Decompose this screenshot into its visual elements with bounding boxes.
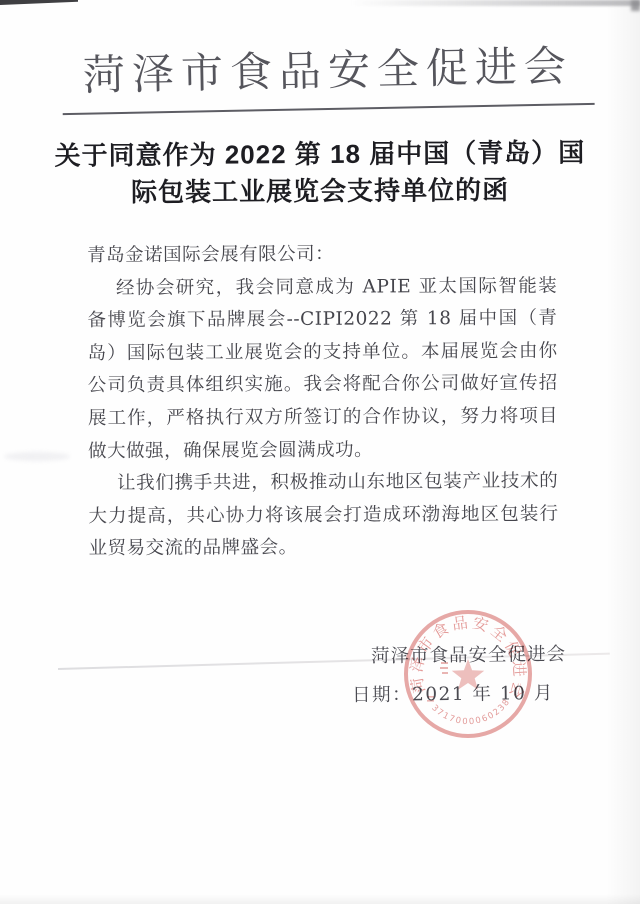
- letterhead: 菏泽市食品安全促进会: [61, 33, 594, 115]
- star-icon: [452, 659, 484, 690]
- paragraph-1: 经协会研究，我会同意成为 APIE 亚太国际智能装备博览会旗下品牌展会--CIP…: [87, 270, 558, 468]
- scan-edge-shade-right: [606, 0, 640, 904]
- scanned-letter-page: 菏泽市食品安全促进会 关于同意作为 2022 第 18 届中国（青岛）国 际包装…: [0, 0, 640, 904]
- scan-artifact-top-right-streak: [350, 0, 640, 6]
- seal-serial-textpath: 3717000060238: [429, 697, 513, 728]
- scan-edge-shade-bottom: [0, 894, 640, 904]
- seal-inner-micro-marks: [427, 662, 448, 702]
- paragraph-2: 让我们携手共进，积极推动山东地区包装产业技术的大力提高，共心协力将该展会打造成环…: [88, 466, 559, 566]
- salutation: 青岛金诺国际会展有限公司：: [87, 238, 557, 273]
- scan-artifact-left-smudge: [4, 452, 70, 461]
- letter-title-line-2: 际包装工业展览会支持单位的函: [50, 171, 590, 211]
- official-seal: 菏泽市食品安全促进会 3717000060238: [400, 606, 536, 742]
- scan-artifact-top-right-corner: [631, 0, 640, 11]
- letter-body: 青岛金诺国际会展有限公司： 经协会研究，我会同意成为 APIE 亚太国际智能装备…: [87, 238, 559, 566]
- scan-artifact-top-left: [0, 0, 78, 5]
- seal-serial-number: 3717000060238: [429, 697, 513, 728]
- letter-title: 关于同意作为 2022 第 18 届中国（青岛）国 际包装工业展览会支持单位的函: [50, 134, 590, 211]
- letter-title-line-1: 关于同意作为 2022 第 18 届中国（青岛）国: [50, 134, 590, 174]
